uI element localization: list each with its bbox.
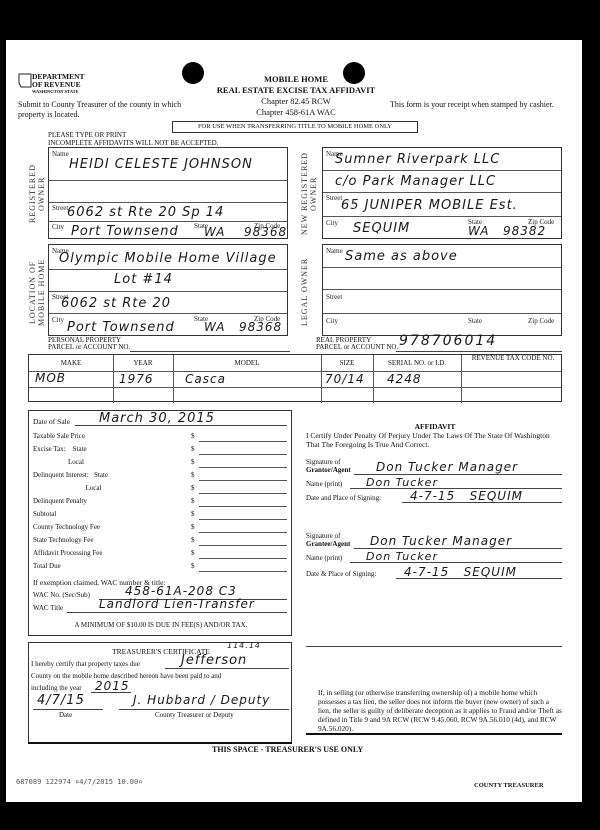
fee-label: Total Due: [33, 562, 61, 570]
street-label: Street: [326, 293, 342, 301]
fee-row-affidavit-processing-fee[interactable]: Affidavit Processing Fee$: [29, 547, 291, 560]
currency: $: [191, 523, 195, 531]
state-label: State: [468, 317, 482, 325]
city-label: City: [326, 219, 338, 227]
cert-annotation: 114.14: [227, 641, 261, 650]
grantee-name[interactable]: Don Tucker: [366, 550, 438, 563]
city-label: City: [52, 316, 64, 324]
grantor-agent-label: Grantor/Agent: [306, 466, 351, 474]
submit-note: Submit to County Treasurer of the county…: [18, 100, 188, 120]
real-parcel-number[interactable]: 978706014: [399, 333, 497, 349]
name-label: Name: [52, 150, 69, 158]
registered-owner-label: REGISTERED OWNER: [28, 148, 48, 240]
cert-signature[interactable]: J. Hubbard / Deputy: [133, 693, 270, 707]
header-make: MAKE: [29, 359, 113, 367]
registered-owner-name[interactable]: HEIDI CELESTE JOHNSON: [69, 157, 253, 172]
registered-owner-street[interactable]: 6062 st Rte 20 Sp 14: [67, 205, 224, 220]
cell-year[interactable]: 1976: [119, 372, 154, 386]
location-zip[interactable]: 98368: [239, 320, 282, 334]
real-parcel-field: [396, 351, 562, 352]
city-label: City: [326, 317, 338, 325]
form-title-line-2: REAL ESTATE EXCISE TAX AFFIDAVIT: [176, 85, 416, 96]
cell-size[interactable]: 70/14: [325, 372, 365, 386]
wac-no-label: WAC No. (Sec/Sub): [33, 591, 90, 599]
cert-county[interactable]: Jefferson: [181, 653, 247, 668]
wac-no-value[interactable]: 458-61A-208 C3: [125, 584, 237, 598]
affidavit-section: AFFIDAVIT I Certify Under Penalty Of Per…: [306, 410, 564, 449]
fee-label: Affidavit Processing Fee: [33, 549, 102, 557]
header-year: YEAR: [113, 359, 173, 367]
street-label: Street: [326, 194, 342, 202]
currency: $: [191, 562, 195, 570]
wac-title-label: WAC Title: [33, 604, 63, 612]
location-name[interactable]: Olympic Mobile Home Village: [59, 251, 277, 266]
fee-row-excise-local[interactable]: Local$: [29, 456, 291, 469]
currency: $: [191, 510, 195, 518]
certify-text: I Certify Under Penalty Of Perjury Under…: [306, 431, 564, 449]
washington-state-icon: [18, 73, 32, 91]
fee-label: Delinquent Penalty: [33, 497, 87, 505]
registered-owner-state[interactable]: WA: [204, 225, 225, 239]
currency: $: [191, 497, 195, 505]
header-size: SIZE: [321, 359, 373, 367]
currency: $: [191, 549, 195, 557]
grantor-sig-label: Signature of: [306, 458, 351, 466]
fee-row-delinquent-state[interactable]: Delinquent Interest: State$: [29, 469, 291, 482]
name-label: Name: [326, 247, 343, 255]
cert-date[interactable]: 4/7/15: [37, 693, 85, 708]
lien-notice: If, in selling (or otherwise transferrin…: [318, 688, 562, 733]
legal-owner-box: Name Same as above Street City State Zip…: [322, 244, 562, 336]
cert-line-3: including the year: [31, 684, 82, 692]
county-treasurer-label: COUNTY TREASURER: [474, 782, 544, 789]
grantee-signature[interactable]: Don Tucker Manager: [370, 534, 512, 548]
fee-label: State Technology Fee: [33, 536, 93, 544]
registered-owner-zip[interactable]: 98368: [244, 225, 287, 239]
currency: $: [191, 432, 195, 440]
grantee-sig-label: Signature of: [306, 532, 350, 540]
treasurer-certificate-box: TREASURER'S CERTIFICATE 114.14 I hereby …: [28, 642, 292, 744]
header-model: MODEL: [173, 359, 321, 367]
real-parcel-label: PARCEL or ACCOUNT NO.: [316, 344, 398, 351]
location-label: LOCATION OF MOBILE HOME: [28, 246, 48, 338]
legal-owner-name[interactable]: Same as above: [345, 249, 458, 264]
fee-label: Local: [33, 458, 84, 466]
fee-label: Taxable Sale Price: [33, 432, 85, 440]
fee-row-delinquent-local[interactable]: Local$: [29, 482, 291, 495]
fee-row-taxable-sale-price[interactable]: Taxable Sale Price$: [29, 430, 291, 443]
new-owner-name[interactable]: Sumner Riverpark LLC: [335, 152, 500, 167]
cell-make[interactable]: MOB: [35, 371, 66, 385]
wac-title-value[interactable]: Landlord Lien-Transfer: [99, 597, 255, 611]
location-state[interactable]: WA: [204, 320, 225, 334]
location-street[interactable]: 6062 st Rte 20: [61, 296, 171, 311]
fee-label: Excise Tax: State: [33, 445, 87, 453]
treasurer-use-only: THIS SPACE - TREASURER'S USE ONLY: [212, 745, 363, 754]
use-banner: FOR USE WHEN TRANSFERRING TITLE TO MOBIL…: [172, 121, 418, 133]
receipt-stamp: 687089 122974 ¤4/7/2015 10.00¤: [16, 778, 142, 786]
zip-label: Zip Code: [528, 317, 554, 325]
fee-row-state-tech-fee[interactable]: State Technology Fee$: [29, 534, 291, 547]
fee-row-subtotal[interactable]: Subtotal$: [29, 508, 291, 521]
street-label: Street: [52, 204, 68, 212]
location-lot[interactable]: Lot #14: [114, 272, 173, 287]
currency: $: [191, 445, 195, 453]
date-of-sale-label: Date of Sale: [33, 417, 70, 426]
fee-label: Delinquent Interest: State: [33, 471, 108, 479]
fee-label: Subtotal: [33, 510, 56, 518]
currency: $: [191, 471, 195, 479]
cert-date-label: Date: [59, 711, 72, 719]
cert-year[interactable]: 2015: [95, 679, 130, 693]
fee-row-delinquent-penalty[interactable]: Delinquent Penalty$: [29, 495, 291, 508]
location-box: Name Olympic Mobile Home Village Lot #14…: [48, 244, 288, 336]
fee-row-excise-state[interactable]: Excise Tax: State$: [29, 443, 291, 456]
fee-row-total-due[interactable]: Total Due$: [29, 560, 291, 573]
new-owner-zip[interactable]: 98382: [503, 224, 546, 238]
currency: $: [191, 536, 195, 544]
registered-owner-city[interactable]: Port Townsend: [71, 224, 179, 239]
cell-serial[interactable]: 4248: [387, 372, 422, 386]
affidavit-title: AFFIDAVIT: [306, 422, 564, 431]
city-label: City: [52, 223, 64, 231]
form-title-line-1: MOBILE HOME: [176, 74, 416, 85]
new-owner-street[interactable]: 65 JUNIPER MOBILE Est.: [341, 198, 518, 213]
grantee-agent-label: Grantee/Agent: [306, 540, 350, 548]
fee-label: County Technology Fee: [33, 523, 100, 531]
currency: $: [191, 484, 195, 492]
vehicle-table: MAKE YEAR MODEL SIZE SERIAL NO. or I.D. …: [28, 354, 562, 402]
grantor-signature[interactable]: Don Tucker Manager: [376, 460, 518, 474]
grantor-date-label: Date and Place of Signing:: [306, 494, 381, 502]
grantee-name-label: Name (print): [306, 554, 342, 562]
location-city[interactable]: Port Townsend: [67, 320, 175, 335]
grantor-name-label: Name (print): [306, 480, 342, 488]
fee-label: Local: [33, 484, 101, 492]
chapter-wac: Chapter 458-61A WAC: [176, 107, 416, 118]
personal-parcel-label: PARCEL or ACCOUNT NO.: [48, 344, 130, 351]
grantee-date-place[interactable]: 4-7-15 SEQUIM: [404, 565, 517, 579]
cert-line-1: I hereby certify that property taxes due: [31, 660, 140, 668]
header-revenue-code: REVENUE TAX CODE NO.: [465, 355, 561, 362]
receipt-note: This form is your receipt when stamped b…: [390, 100, 560, 110]
agency-line-2: OF REVENUE: [32, 81, 85, 89]
sale-fees-box: Date of Sale March 30, 2015 Taxable Sale…: [28, 410, 292, 636]
fee-row-county-tech-fee[interactable]: County Technology Fee$: [29, 521, 291, 534]
minimum-due-note: A MINIMUM OF $10.00 IS DUE IN FEE(S) AND…: [29, 621, 293, 629]
new-owner-name-line-2[interactable]: c/o Park Manager LLC: [335, 174, 496, 189]
cert-signature-label: County Treasurer or Deputy: [155, 711, 234, 719]
personal-parcel-field[interactable]: [130, 351, 290, 352]
currency: $: [191, 458, 195, 466]
agency-line-3: WASHINGTON STATE: [32, 89, 85, 94]
print-note: PLEASE TYPE OR PRINT: [48, 131, 126, 139]
header-serial: SERIAL NO. or I.D.: [373, 359, 461, 367]
chapter-rcw: Chapter 82.45 RCW: [176, 96, 416, 107]
new-registered-owner-box: Name Sumner Riverpark LLC c/o Park Manag…: [322, 147, 562, 239]
grantor-date-place[interactable]: 4-7-15 SEQUIM: [410, 489, 523, 503]
legal-owner-label: LEGAL OWNER: [300, 246, 320, 338]
cell-model[interactable]: Casca: [185, 372, 226, 386]
date-of-sale-value[interactable]: March 30, 2015: [99, 411, 215, 426]
registered-owner-box: Name HEIDI CELESTE JOHNSON Street 6062 s…: [48, 147, 288, 239]
grantee-date-label: Date & Place of Signing:: [306, 570, 376, 578]
affidavit-form-page: DEPARTMENT OF REVENUE WASHINGTON STATE M…: [6, 40, 582, 802]
incomplete-note: INCOMPLETE AFFIDAVITS WILL NOT BE ACCEPT…: [48, 139, 218, 147]
new-owner-state[interactable]: WA: [468, 224, 489, 238]
grantor-name[interactable]: Don Tucker: [366, 476, 438, 489]
new-owner-city[interactable]: SEQUIM: [353, 221, 410, 236]
new-registered-owner-label: NEW REGISTERED OWNER: [300, 148, 320, 240]
